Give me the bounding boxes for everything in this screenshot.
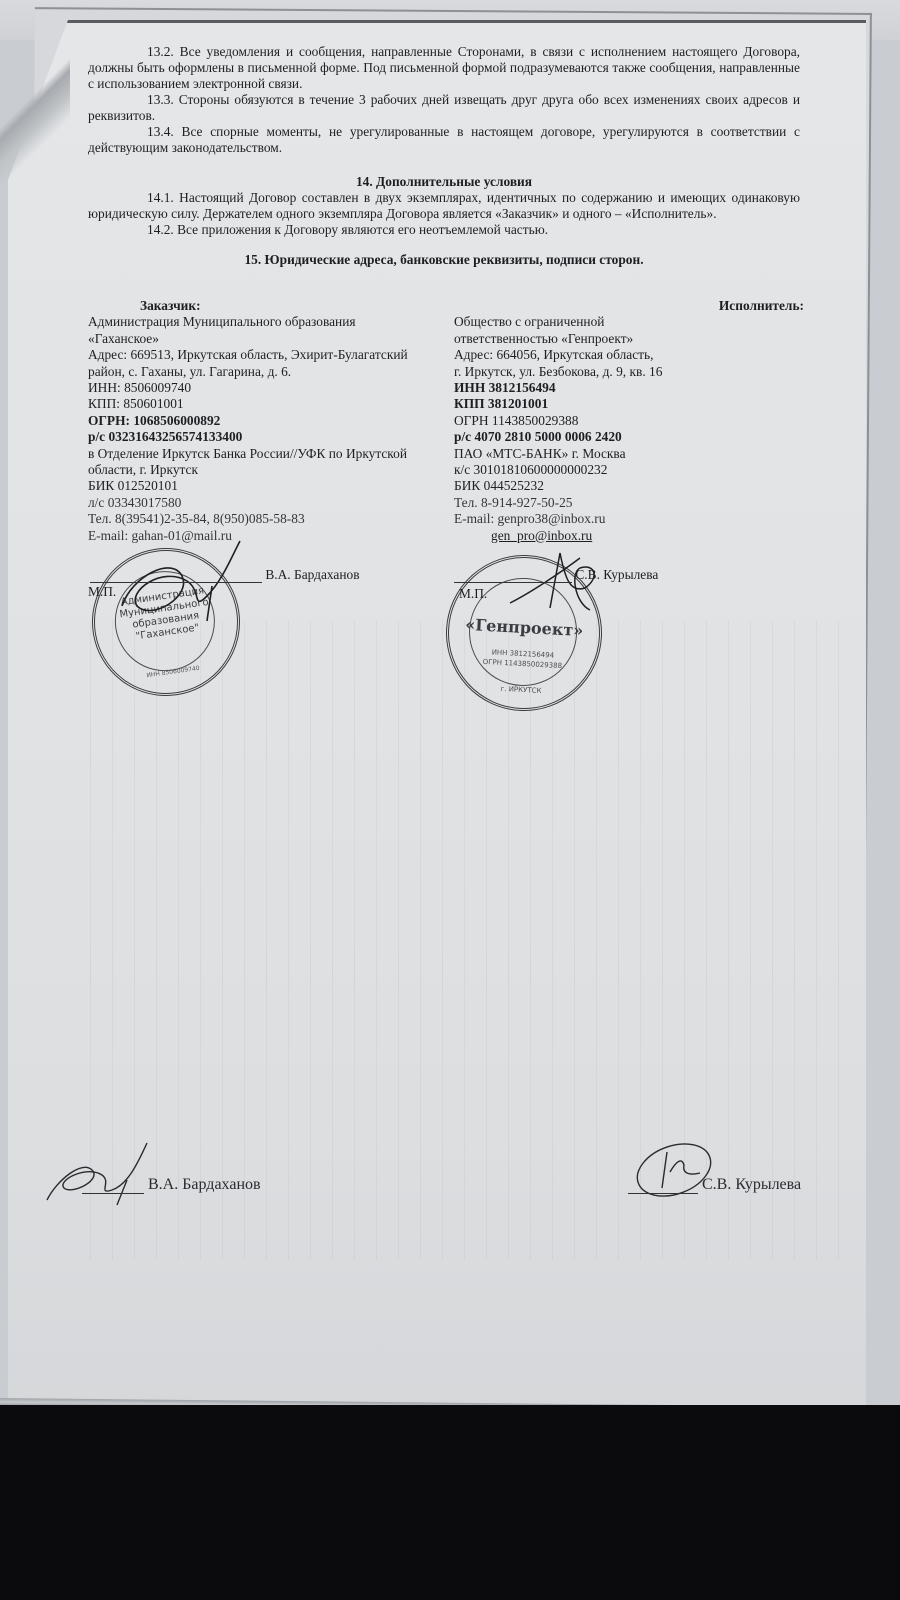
customer-signature-block: В.А. Бардаханов: [90, 567, 360, 583]
customer-signatory: В.А. Бардаханов: [265, 567, 359, 582]
contractor-title: Исполнитель:: [454, 298, 804, 314]
contractor-line: КПП 381201001: [454, 396, 804, 412]
contractor-line: ПАО «МТС-БАНК» г. Москва: [454, 446, 804, 462]
customer-column: Заказчик: Администрация Муниципального о…: [88, 298, 448, 544]
footer-left-signature: [42, 1140, 152, 1210]
customer-seal-label: М.П.: [88, 584, 116, 600]
customer-line: «Гаханское»: [88, 331, 448, 347]
signature-line: [82, 1193, 144, 1194]
contractor-email-secondary: gen_pro@inbox.ru: [454, 528, 804, 544]
customer-line: ОГРН: 1068506000892: [88, 413, 448, 429]
customer-line: области, г. Иркутск: [88, 462, 448, 478]
customer-line: л/с 03343017580: [88, 495, 448, 511]
contractor-line: ИНН 3812156494: [454, 380, 804, 396]
contractor-column: Исполнитель: Общество с ограниченной отв…: [454, 298, 804, 544]
contractor-seal-label: М.П.: [459, 586, 487, 602]
page-fold-shadow: [0, 20, 70, 190]
footer-left-signature-block: В.А. Бардаханов: [82, 1176, 261, 1194]
contractor-line: Общество с ограниченной: [454, 314, 804, 330]
contractor-line: г. Иркутск, ул. Безбокова, д. 9, кв. 16: [454, 364, 804, 380]
customer-title: Заказчик:: [88, 298, 448, 314]
section-14-title: 14. Дополнительные условия: [88, 174, 800, 190]
customer-line: район, с. Гаханы, ул. Гагарина, д. 6.: [88, 364, 448, 380]
footer-right-signature-block: С.В. Курылева: [628, 1176, 801, 1194]
customer-line: Тел. 8(39541)2-35-84, 8(950)085-58-83: [88, 511, 448, 527]
bleed-through-table: [90, 620, 850, 1260]
customer-line: БИК 012520101: [88, 478, 448, 494]
footer-right-signatory: С.В. Курылева: [702, 1176, 801, 1193]
contractor-line: Адрес: 664056, Иркутская область,: [454, 347, 804, 363]
clause-13-4: 13.4. Все спорные моменты, не урегулиров…: [88, 124, 800, 156]
contract-text: 13.2. Все уведомления и сообщения, напра…: [88, 44, 800, 268]
customer-line: Адрес: 669513, Иркутская область, Эхирит…: [88, 347, 448, 363]
contractor-line: ответственностью «Генпроект»: [454, 331, 804, 347]
clause-13-3: 13.3. Стороны обязуются в течение 3 рабо…: [88, 92, 800, 124]
section-15-title: 15. Юридические адреса, банковские рекви…: [88, 252, 800, 268]
customer-line: ИНН: 8506009740: [88, 380, 448, 396]
contractor-line: Тел. 8-914-927-50-25: [454, 495, 804, 511]
customer-line: р/с 03231643256574133400: [88, 429, 448, 445]
signature-line: [628, 1193, 698, 1194]
signature-line: [454, 582, 572, 583]
contractor-line: к/с 30101810600000000232: [454, 462, 804, 478]
customer-line: Администрация Муниципального образования: [88, 314, 448, 330]
contractor-line: ОГРН 1143850029388: [454, 413, 804, 429]
footer-left-signatory: В.А. Бардаханов: [148, 1176, 261, 1193]
signature-line: [90, 582, 262, 583]
contractor-line: р/с 4070 2810 5000 0006 2420: [454, 429, 804, 445]
contractor-signature-block: С.В. Курылева: [454, 567, 658, 583]
contractor-signatory: С.В. Курылева: [575, 567, 658, 582]
clause-13-2: 13.2. Все уведомления и сообщения, напра…: [88, 44, 800, 92]
contractor-line: БИК 044525232: [454, 478, 804, 494]
contractor-signature: [500, 548, 610, 618]
customer-line: КПП: 850601001: [88, 396, 448, 412]
dark-surface: [0, 1405, 900, 1600]
customer-line: в Отделение Иркутск Банка России//УФК по…: [88, 446, 448, 462]
contractor-email: E-mail: genpro38@inbox.ru: [454, 511, 804, 527]
clause-14-1: 14.1. Настоящий Договор составлен в двух…: [88, 190, 800, 222]
clause-14-2: 14.2. Все приложения к Договору являются…: [88, 222, 800, 238]
